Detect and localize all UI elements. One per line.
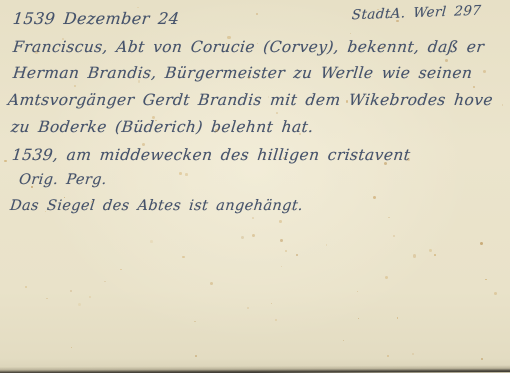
foxing-spot <box>25 286 27 288</box>
card-bottom-shadow-edge <box>0 365 510 373</box>
body-line-2: Herman Brandis, Bürgermeister zu Werlle … <box>12 64 473 82</box>
foxing-spot <box>247 307 249 309</box>
foxing-spot <box>434 254 436 256</box>
foxing-spot <box>413 254 416 257</box>
foxing-spot <box>182 256 184 258</box>
foxing-spot <box>252 217 254 219</box>
index-card: 1539 Dezember 24 StadtA. Werl 297 Franci… <box>0 0 510 373</box>
foxing-spot <box>256 13 259 16</box>
foxing-spot <box>71 347 72 348</box>
foxing-spot <box>483 70 486 73</box>
foxing-spot <box>210 282 213 285</box>
foxing-spot <box>4 160 7 163</box>
dating-line: 1539, am middewecken des hilligen crista… <box>11 146 411 164</box>
foxing-spot <box>279 220 282 223</box>
seal-note: Das Siegel des Abtes ist angehängt. <box>9 198 304 214</box>
foxing-spot <box>285 250 287 252</box>
foxing-spot <box>150 240 153 243</box>
foxing-spot <box>326 244 328 246</box>
foxing-spot <box>397 317 399 319</box>
foxing-spot <box>445 59 448 62</box>
foxing-spot <box>281 266 282 267</box>
foxing-spot <box>481 358 483 360</box>
foxing-spot <box>70 290 72 292</box>
foxing-spot <box>357 291 358 292</box>
foxing-spot <box>412 353 413 354</box>
foxing-spot <box>179 172 182 175</box>
foxing-spot <box>358 318 359 319</box>
foxing-spot <box>473 86 475 88</box>
foxing-spot <box>343 340 344 341</box>
foxing-spot <box>350 33 351 34</box>
foxing-spot <box>276 112 278 114</box>
foxing-spot <box>194 321 196 323</box>
foxing-spot <box>185 173 188 176</box>
foxing-spot <box>393 235 395 237</box>
material-note: Orig. Perg. <box>18 172 108 188</box>
foxing-spot <box>385 276 388 279</box>
foxing-spot <box>241 236 244 239</box>
foxing-spot <box>104 281 106 283</box>
foxing-spot <box>429 249 432 252</box>
foxing-spot <box>387 355 389 357</box>
foxing-spot <box>296 254 298 256</box>
foxing-spot <box>78 303 81 306</box>
foxing-spot <box>120 269 121 270</box>
date-heading: 1539 Dezember 24 <box>12 9 180 28</box>
foxing-spot <box>271 303 272 304</box>
archive-reference: StadtA. Werl 297 <box>351 3 482 23</box>
body-line-3: Amtsvorgänger Gerdt Brandis mit dem Wike… <box>7 91 494 109</box>
foxing-spot <box>485 279 487 281</box>
foxing-spot <box>275 319 277 321</box>
foxing-spot <box>502 104 504 106</box>
foxing-spot <box>280 239 283 242</box>
foxing-spot <box>89 296 92 299</box>
foxing-spot <box>252 234 255 237</box>
body-line-1: Franciscus, Abt von Corucie (Corvey), be… <box>12 38 485 56</box>
foxing-spot <box>388 217 389 218</box>
foxing-spot <box>494 292 497 295</box>
foxing-spot <box>46 298 48 300</box>
body-line-4: zu Boderke (Büderich) belehnt hat. <box>10 118 315 136</box>
foxing-spot <box>74 85 76 87</box>
foxing-spot <box>480 242 483 245</box>
foxing-spot <box>195 355 197 357</box>
foxing-spot <box>373 196 376 199</box>
